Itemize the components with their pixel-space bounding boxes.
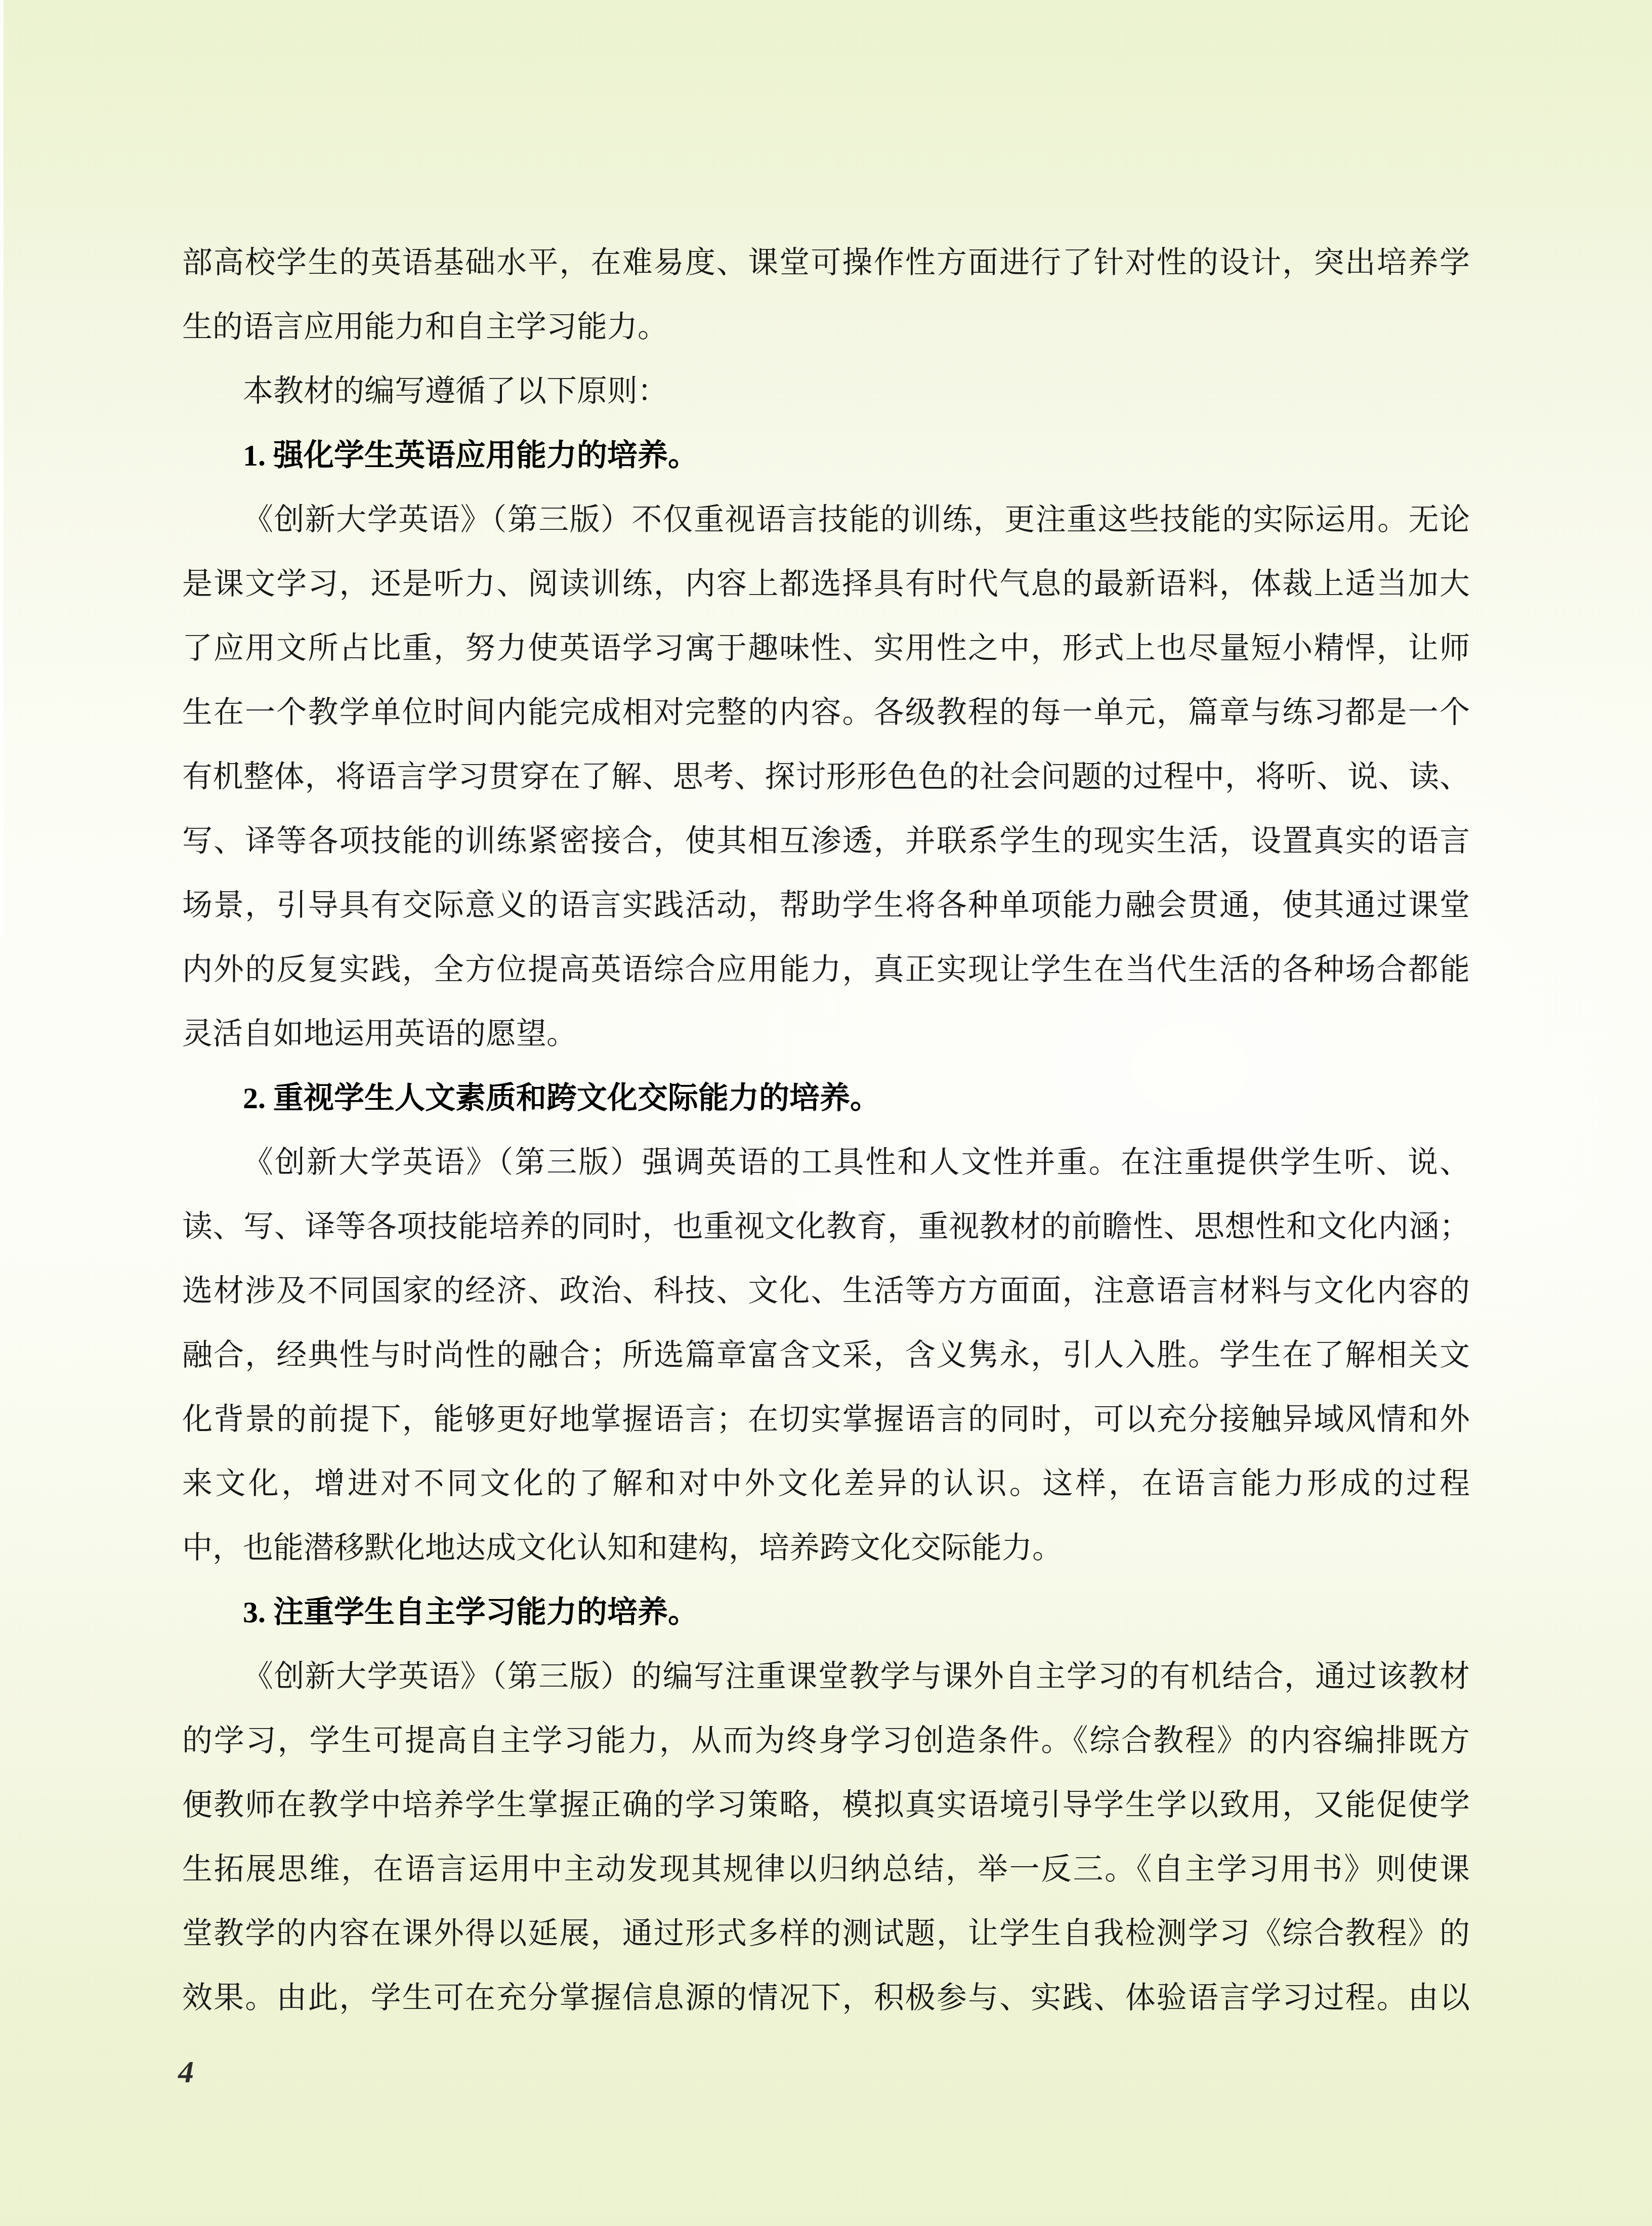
text-line: 写、译等各项技能的训练紧密接合，使其相互渗透，并联系学生的现实生活，设置真实的语…	[182, 809, 1470, 873]
text-line: 生拓展思维，在语言运用中主动发现其规律以归纳总结，举一反三。《自主学习用书》则使…	[182, 1837, 1470, 1902]
scan-edge-highlight	[0, 0, 4, 935]
text-line: 堂教学的内容在课外得以延展，通过形式多样的测试题，让学生自我检测学习《综合教程》…	[182, 1902, 1470, 1966]
text-line: 选材涉及不同国家的经济、政治、科技、文化、生活等方方面面，注意语言材料与文化内容…	[182, 1259, 1470, 1323]
text-line: 场景，引导具有交际意义的语言实践活动，帮助学生将各种单项能力融会贯通，使其通过课…	[182, 873, 1470, 938]
book-page: 部高校学生的英语基础水平，在难易度、课堂可操作性方面进行了针对性的设计，突出培养…	[0, 0, 1652, 2226]
text-line: 生的语言应用能力和自主学习能力。	[182, 295, 1470, 359]
preface-text-block: 部高校学生的英语基础水平，在难易度、课堂可操作性方面进行了针对性的设计，突出培养…	[182, 231, 1470, 2030]
page-number: 4	[178, 2049, 194, 2095]
text-line: 的学习，学生可提高自主学习能力，从而为终身学习创造条件。《综合教程》的内容编排既…	[182, 1709, 1470, 1773]
text-line: 本教材的编写遵循了以下原则：	[182, 359, 1470, 424]
section-heading-line: 2. 重视学生人文素质和跨文化交际能力的培养。	[182, 1066, 1470, 1130]
text-line: 中，也能潜移默化地达成文化认知和建构，培养跨文化交际能力。	[182, 1516, 1470, 1580]
text-line: 《创新大学英语》（第三版）的编写注重课堂教学与课外自主学习的有机结合，通过该教材	[182, 1645, 1470, 1709]
text-line: 生在一个教学单位时间内能完成相对完整的内容。各级教程的每一单元，篇章与练习都是一…	[182, 681, 1470, 745]
section-heading-line: 3. 注重学生自主学习能力的培养。	[182, 1580, 1470, 1645]
section-heading-line: 1. 强化学生英语应用能力的培养。	[182, 424, 1470, 488]
text-line: 读、写、译等各项技能培养的同时，也重视文化教育，重视教材的前瞻性、思想性和文化内…	[182, 1195, 1470, 1259]
text-line: 来文化，增进对不同文化的了解和对中外文化差异的认识。这样，在语言能力形成的过程	[182, 1452, 1470, 1516]
text-line: 内外的反复实践，全方位提高英语综合应用能力，真正实现让学生在当代生活的各种场合都…	[182, 938, 1470, 1002]
text-line: 了应用文所占比重，努力使英语学习寓于趣味性、实用性之中，形式上也尽量短小精悍，让…	[182, 616, 1470, 681]
text-line: 《创新大学英语》（第三版）不仅重视语言技能的训练，更注重这些技能的实际运用。无论	[182, 488, 1470, 552]
text-line: 灵活自如地运用英语的愿望。	[182, 1002, 1470, 1066]
text-line: 化背景的前提下，能够更好地掌握语言；在切实掌握语言的同时，可以充分接触异域风情和…	[182, 1388, 1470, 1452]
text-line: 部高校学生的英语基础水平，在难易度、课堂可操作性方面进行了针对性的设计，突出培养…	[182, 231, 1470, 295]
text-line: 效果。由此，学生可在充分掌握信息源的情况下，积极参与、实践、体验语言学习过程。由…	[182, 1966, 1470, 2030]
text-line: 《创新大学英语》（第三版）强调英语的工具性和人文性并重。在注重提供学生听、说、	[182, 1130, 1470, 1195]
text-line: 是课文学习，还是听力、阅读训练，内容上都选择具有时代气息的最新语料，体裁上适当加…	[182, 552, 1470, 616]
text-line: 有机整体，将语言学习贯穿在了解、思考、探讨形形色色的社会问题的过程中，将听、说、…	[182, 745, 1470, 809]
text-line: 融合，经典性与时尚性的融合；所选篇章富含文采，含义隽永，引人入胜。学生在了解相关…	[182, 1323, 1470, 1388]
text-line: 便教师在教学中培养学生掌握正确的学习策略，模拟真实语境引导学生学以致用，又能促使…	[182, 1773, 1470, 1837]
